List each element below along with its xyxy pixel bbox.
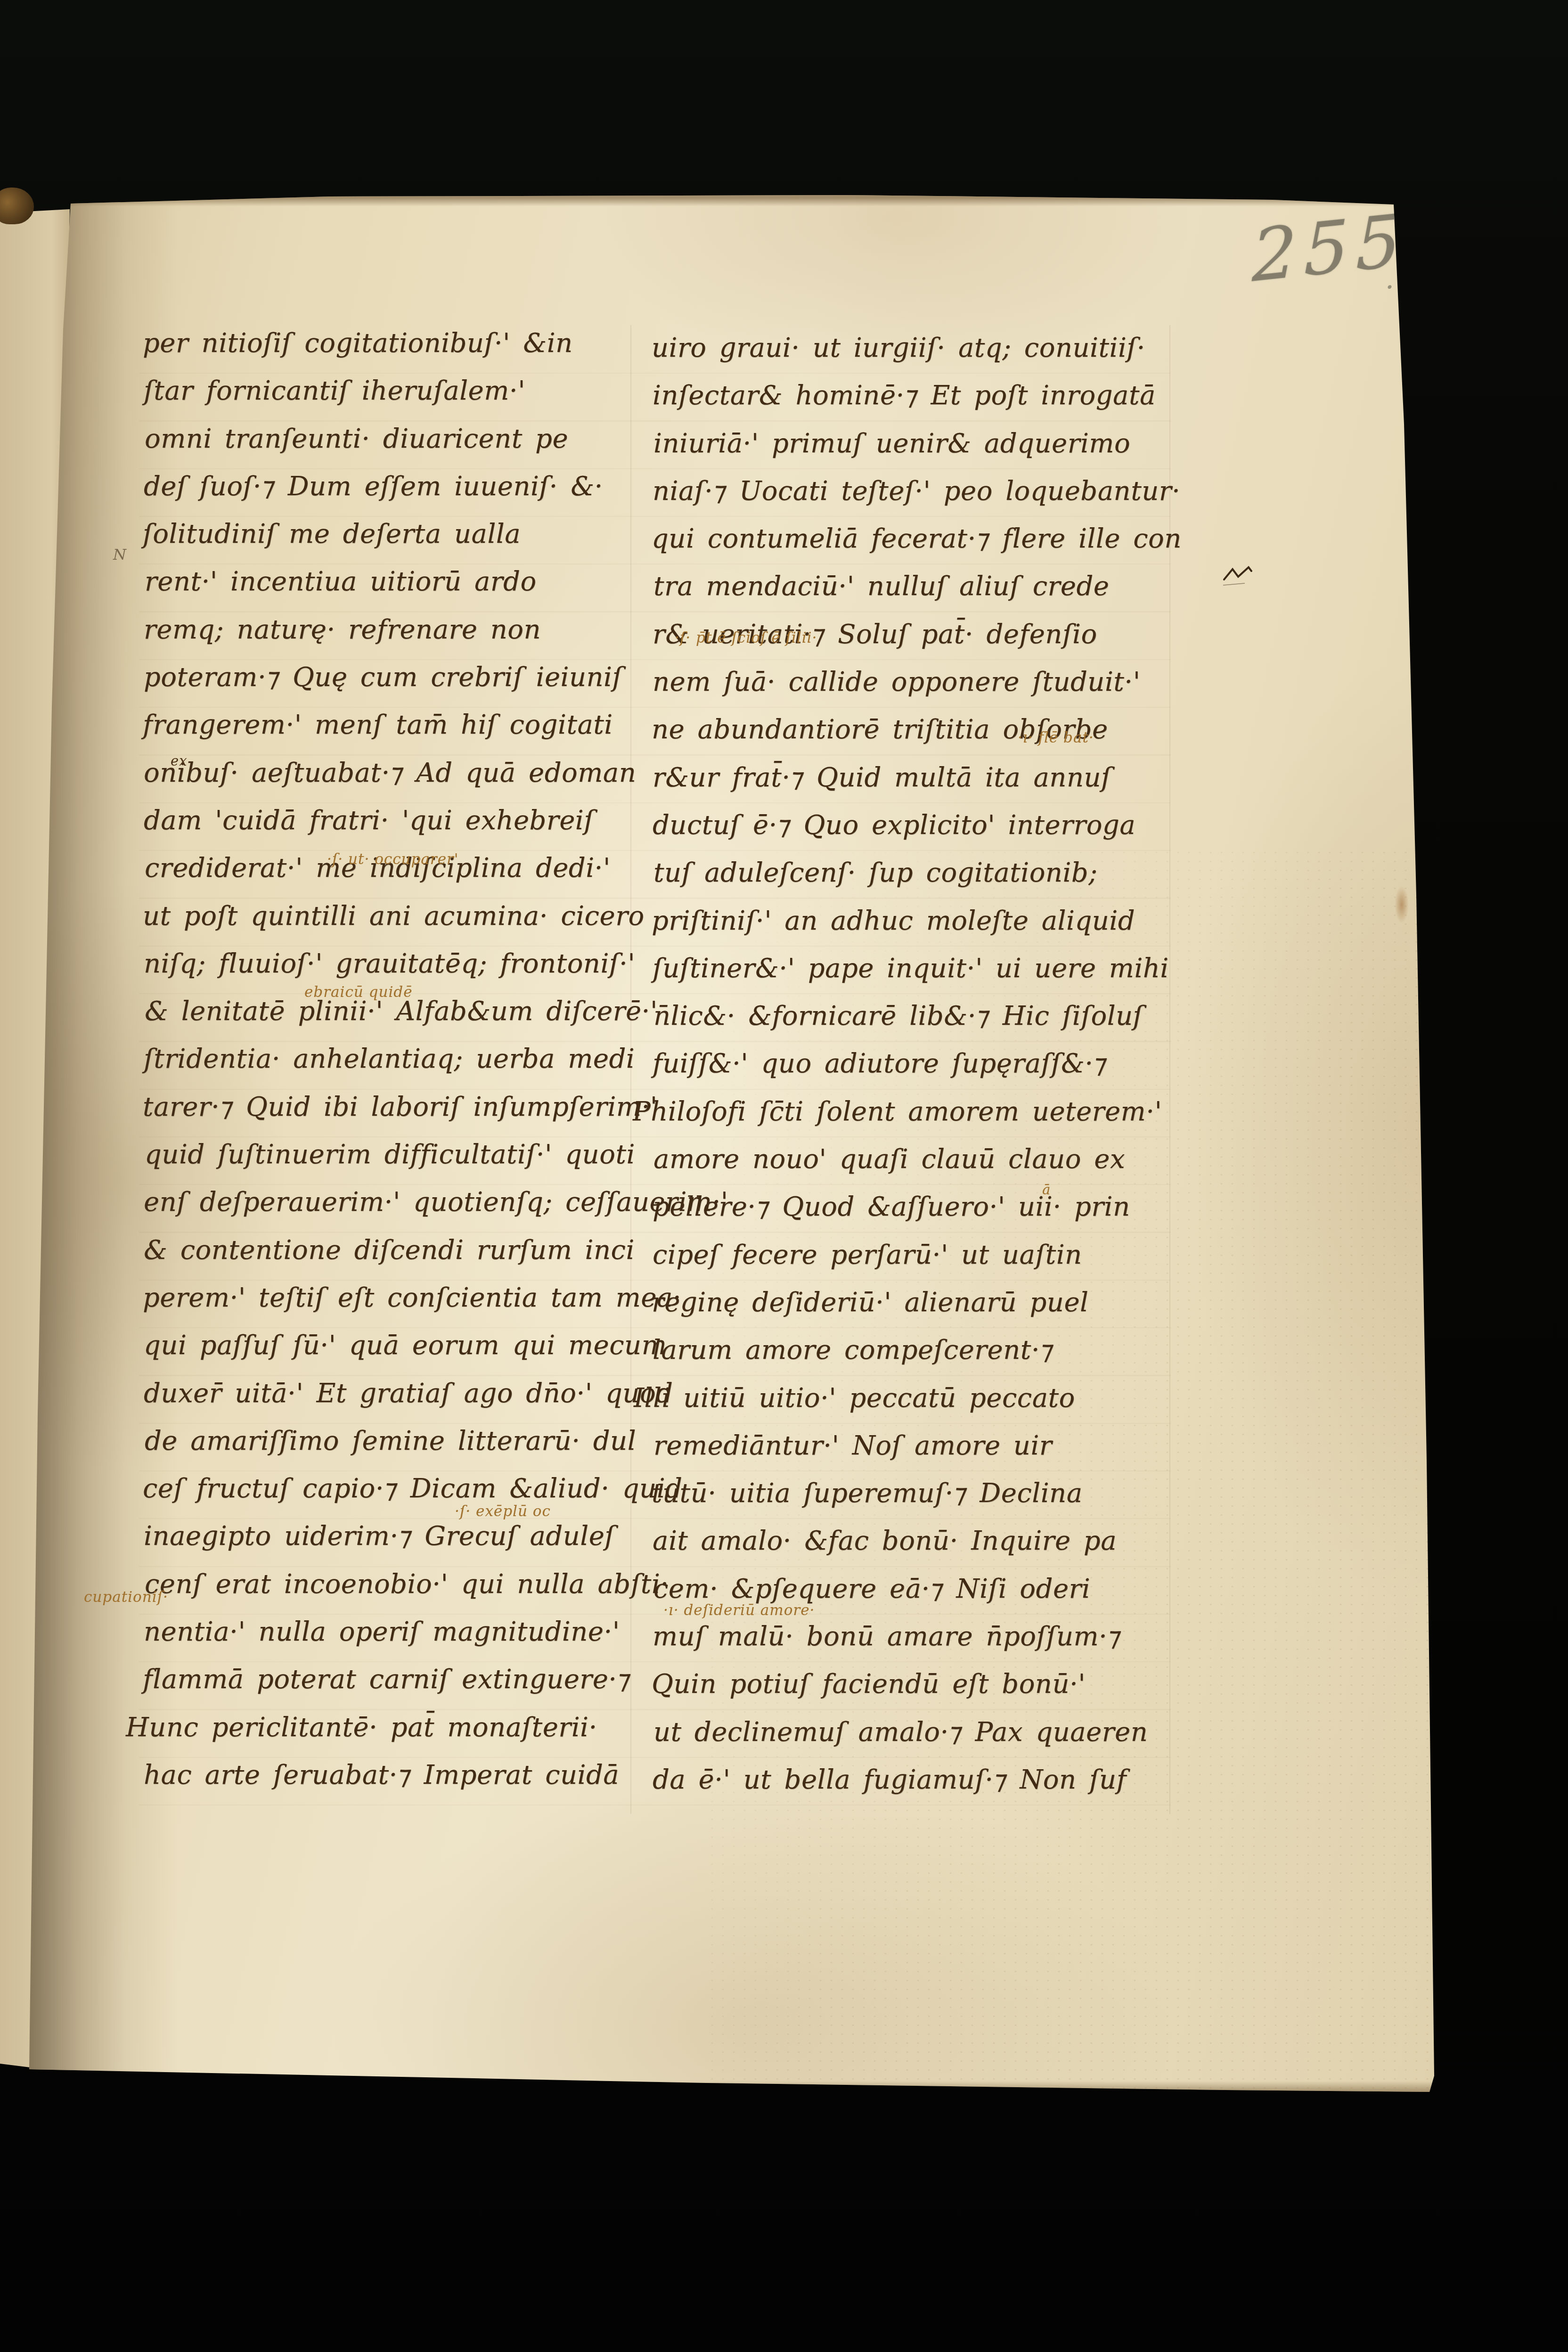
parchment-page: per nitioſiſ cogitationibuſ·' &inſtar fo… (0, 0, 1568, 2352)
manuscript-text-line: perem·' teſtiſ eſt conſcientia tam mea· (143, 1274, 670, 1322)
manuscript-text-line: remq; naturę· refrenare non (144, 606, 671, 653)
manuscript-text-line: pellere·⁊ Quod &aſſuero·' uii· prin (653, 1183, 1180, 1231)
manuscript-text-line: niſq; fluuioſ·' grauitatēq; frontoniſ·' (144, 940, 671, 988)
manuscript-text-line: qui paſſuſ ſū·' quā eorum qui mecum (144, 1322, 671, 1369)
interlinear-gloss: cupationiſ· (84, 1589, 168, 1606)
manuscript-text-line: fuiſſ&·' quo adiutore ſupęraſſ&·⁊ (653, 1040, 1180, 1087)
manuscript-text-line: tarer·⁊ Quid ibi laboriſ inſumpſerim·' (143, 1083, 670, 1131)
manuscript-text-line: quid ſuſtinuerim difficultatiſ·' quoti (145, 1131, 672, 1178)
margin-mark: N (113, 546, 126, 563)
manuscript-text-line: omni tranſeunti· diuaricent pe (145, 415, 672, 463)
corrector-mark-icon (1223, 563, 1257, 588)
manuscript-text-line: da ē·' ut bella fugiamuſ·⁊ Non ſuf (653, 1756, 1180, 1804)
manuscript-text-line: inaegipto uiderim·⁊ Grecuſ aduleſ (144, 1512, 671, 1560)
interlinear-gloss: ·ſ· ut· occuparer' (327, 851, 458, 868)
manuscript-text-line: enſ deſperauerim·' quotienſq; ceſſauerim… (144, 1178, 671, 1226)
manuscript-text-line: ut poſt quintilli ani acumina· cicero (143, 892, 670, 940)
manuscript-text-line: ait amalo· &fac bonū· Inquire pa (653, 1517, 1180, 1565)
manuscript-text-line: ſolitudiniſ me deſerta ualla (143, 510, 670, 558)
manuscript-text-line: n̄lic&· &fornicarē lib&·⁊ Hic ſiſoluſ (653, 992, 1181, 1040)
manuscript-text-line: cipeſ fecere perſarū·' ut uaſtin (653, 1231, 1180, 1279)
manuscript-text-line: per nitioſiſ cogitationibuſ·' &in (143, 319, 670, 367)
interlinear-gloss: ·ı· flē bat· (1018, 729, 1094, 746)
folio-number-pencil: 255 (1252, 198, 1407, 298)
text-column-left: per nitioſiſ cogitationibuſ·' &inſtar fo… (144, 319, 671, 1799)
manuscript-text-line: nem ſuā· callide opponere ſtuduit·' (653, 658, 1180, 706)
manuscript-text-line: frangerem·' menſ tam̄ hiſ cogitati (143, 701, 670, 749)
interlinear-gloss: ex (171, 753, 188, 769)
folio-number-dot: · (1385, 271, 1394, 304)
manuscript-text-line: uiro graui· ut iurgiiſ· atq; conuitiiſ· (652, 324, 1179, 372)
manuscript-text-line: ne abundantiorē triſtitia obſorbe (652, 706, 1179, 753)
manuscript-text-line: reginę deſideriū·' alienarū puel (652, 1279, 1179, 1326)
manuscript-text-line: deſ ſuoſ·⁊ Dum eſſem iuueniſ· &· (144, 463, 671, 510)
manuscript-text-line: dam 'cuidā fratri· 'qui exhebreiſ (144, 797, 671, 844)
manuscript-text-line: r&ur frat̄·⁊ Quid multā ita annuſ (653, 754, 1180, 801)
manuscript-text-line: iniuriā·' primuſ uenir& adquerimo (653, 420, 1181, 467)
rust-stain (1395, 886, 1409, 923)
manuscript-text-line: & contentione diſcendi rurſum inci (144, 1226, 671, 1274)
manuscript-text-line: Illi uitiū uitio·' peccatū peccato (634, 1374, 1180, 1422)
manuscript-text-line: Quin potiuſ faciendū eſt bonū·' (652, 1660, 1179, 1708)
manuscript-text-line: larum amore compeſcerent·⁊ (653, 1326, 1180, 1374)
manuscript-text-line: rent·' incentiua uitiorū ardo (145, 558, 672, 605)
manuscript-text-line: qui contumeliā fecerat·⁊ flere ille con (652, 515, 1179, 563)
manuscript-text-line: onibuſ· aeſtuabat·⁊ Ad quā edoman (144, 749, 671, 797)
manuscript-text-line: priſtiniſ·' an adhuc moleſte aliquid (652, 897, 1179, 945)
interlinear-gloss: ebraicū quidē (304, 984, 413, 1001)
manuscript-text-line: flammā poterat carniſ extinguere·⁊ (143, 1656, 670, 1703)
manuscript-text-line: remediāntur·' Noſ amore uir (653, 1422, 1181, 1470)
interlinear-gloss: ā (1042, 1182, 1051, 1198)
manuscript-text-line: poteram·⁊ Quę cum crebriſ ieiuniſ (144, 653, 671, 701)
manuscript-text-line: ceſ fructuſ capio·⁊ Dicam &aliud· quid (143, 1465, 670, 1512)
manuscript-text-line: inſectar& hominē·⁊ Et poſt inrogatā (653, 372, 1180, 419)
manuscript-text-line: Hunc periclitantē· pat̄ monaſterii· (126, 1704, 672, 1751)
manuscript-text-line: niaſ·⁊ Uocati teſteſ·' peo loquebantur· (653, 467, 1180, 515)
manuscript-text-line: hac arte ſeruabat·⁊ Imperat cuidā (144, 1751, 671, 1799)
manuscript-photo: per nitioſiſ cogitationibuſ·' &inſtar fo… (0, 0, 1568, 2352)
manuscript-text-line: tuſ aduleſcenſ· ſup cogitationib; (653, 849, 1181, 897)
manuscript-text-line: ſuſtiner&·' pape inquit·' ui uere mihi (653, 945, 1180, 992)
manuscript-text-line: ductuſ ē·⁊ Quo explicito' interroga (653, 801, 1180, 849)
manuscript-text-line: tutū· uitia ſuperemuſ·⁊ Declina (652, 1470, 1179, 1517)
manuscript-text-line: cenſ erat incoenobio·' qui nulla abſti· (145, 1560, 672, 1608)
manuscript-text-line: ut declinemuſ amalo·⁊ Pax quaeren (653, 1708, 1181, 1756)
interlinear-gloss: ·ſ· exēplū oc (455, 1503, 551, 1520)
manuscript-text-line: ſtridentia· anhelantiaq; uerba medi (144, 1035, 671, 1083)
manuscript-text-line: de amariſſimo ſemine litterarū· dul (145, 1417, 672, 1465)
manuscript-text-line: ſtar fornicantiſ iheruſalem·' (144, 367, 671, 415)
manuscript-text-line: duxer̄ uitā·' Et gratiaſ ago dn̄o·' quod (144, 1370, 671, 1417)
manuscript-text-line: Philoſofi ſc̄ti ſolent amorem ueterem·' (633, 1088, 1179, 1135)
text-column-right: uiro graui· ut iurgiiſ· atq; conuitiiſ·i… (653, 324, 1180, 1804)
manuscript-text-line: nentia·' nulla operiſ magnitudine·' (144, 1608, 671, 1656)
manuscript-text-line: tra mendaciū·' nulluſ aliuſ crede (653, 563, 1181, 610)
manuscript-text-line: muſ malū· bonū amare n̄poſſum·⁊ (653, 1613, 1180, 1660)
interlinear-gloss: ·ı· deſideriū amore· (663, 1602, 815, 1619)
interlinear-gloss: ·ſ· p̄t ē ſcioſ ē ſilii· (675, 629, 817, 646)
manuscript-text-line: amore nouo' quaſi clauū clauo ex (653, 1135, 1181, 1183)
